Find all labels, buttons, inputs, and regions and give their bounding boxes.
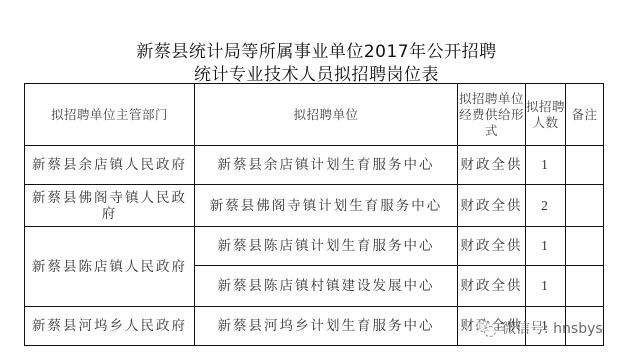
document-title-line1: 新蔡县统计局等所属事业单位2017年公开招聘 — [0, 37, 633, 62]
cell-count: 1 — [526, 227, 566, 266]
wechat-icon — [480, 320, 498, 336]
cell-dept: 新蔡县陈店镇人民政府 — [25, 227, 195, 307]
document-title-line2: 统计专业技术人员拟招聘岗位表 — [0, 60, 633, 85]
cell-funding: 财政全供 — [458, 146, 526, 185]
document-page: 新蔡县统计局等所属事业单位2017年公开招聘 统计专业技术人员拟招聘岗位表 拟招… — [0, 0, 633, 362]
cell-count: 2 — [526, 185, 566, 227]
wechat-watermark: 微信号: hnsbys — [480, 318, 603, 338]
cell-unit: 新蔡县陈店镇村镇建设发展中心 — [195, 266, 458, 307]
header-unit: 拟招聘单位 — [195, 84, 458, 146]
watermark-text: 微信号: hnsbys — [502, 318, 603, 338]
header-count: 拟招聘人数 — [526, 84, 566, 146]
cell-unit: 新蔡县陈店镇计划生育服务中心 — [195, 227, 458, 266]
cell-dept: 新蔡县佛阁寺镇人民政府 — [25, 185, 195, 227]
header-dept: 拟招聘单位主管部门 — [25, 84, 195, 146]
cell-count: 1 — [526, 266, 566, 307]
cell-remark — [566, 185, 604, 227]
cell-funding: 财政全供 — [458, 266, 526, 307]
cell-dept: 新蔡县余店镇人民政府 — [25, 146, 195, 185]
header-funding: 拟招聘单位经费供给形式 — [458, 84, 526, 146]
cell-unit: 新蔡县佛阁寺镇计划生育服务中心 — [195, 185, 458, 227]
table-row: 新蔡县佛阁寺镇人民政府 新蔡县佛阁寺镇计划生育服务中心 财政全供 2 — [25, 185, 604, 227]
cell-remark — [566, 227, 604, 266]
cell-remark — [566, 146, 604, 185]
cell-dept: 新蔡县河坞乡人民政府 — [25, 307, 195, 346]
header-remark: 备注 — [566, 84, 604, 146]
table-header-row: 拟招聘单位主管部门 拟招聘单位 拟招聘单位经费供给形式 拟招聘人数 备注 — [25, 84, 604, 146]
cell-count: 1 — [526, 146, 566, 185]
table-row: 新蔡县余店镇人民政府 新蔡县余店镇计划生育服务中心 财政全供 1 — [25, 146, 604, 185]
cell-unit: 新蔡县河坞乡计划生育服务中心 — [195, 307, 458, 346]
cell-unit: 新蔡县余店镇计划生育服务中心 — [195, 146, 458, 185]
cell-funding: 财政全供 — [458, 227, 526, 266]
cell-remark — [566, 266, 604, 307]
table-row: 新蔡县陈店镇人民政府 新蔡县陈店镇计划生育服务中心 财政全供 1 — [25, 227, 604, 266]
positions-table: 拟招聘单位主管部门 拟招聘单位 拟招聘单位经费供给形式 拟招聘人数 备注 新蔡县… — [24, 83, 604, 346]
cell-funding: 财政全供 — [458, 185, 526, 227]
